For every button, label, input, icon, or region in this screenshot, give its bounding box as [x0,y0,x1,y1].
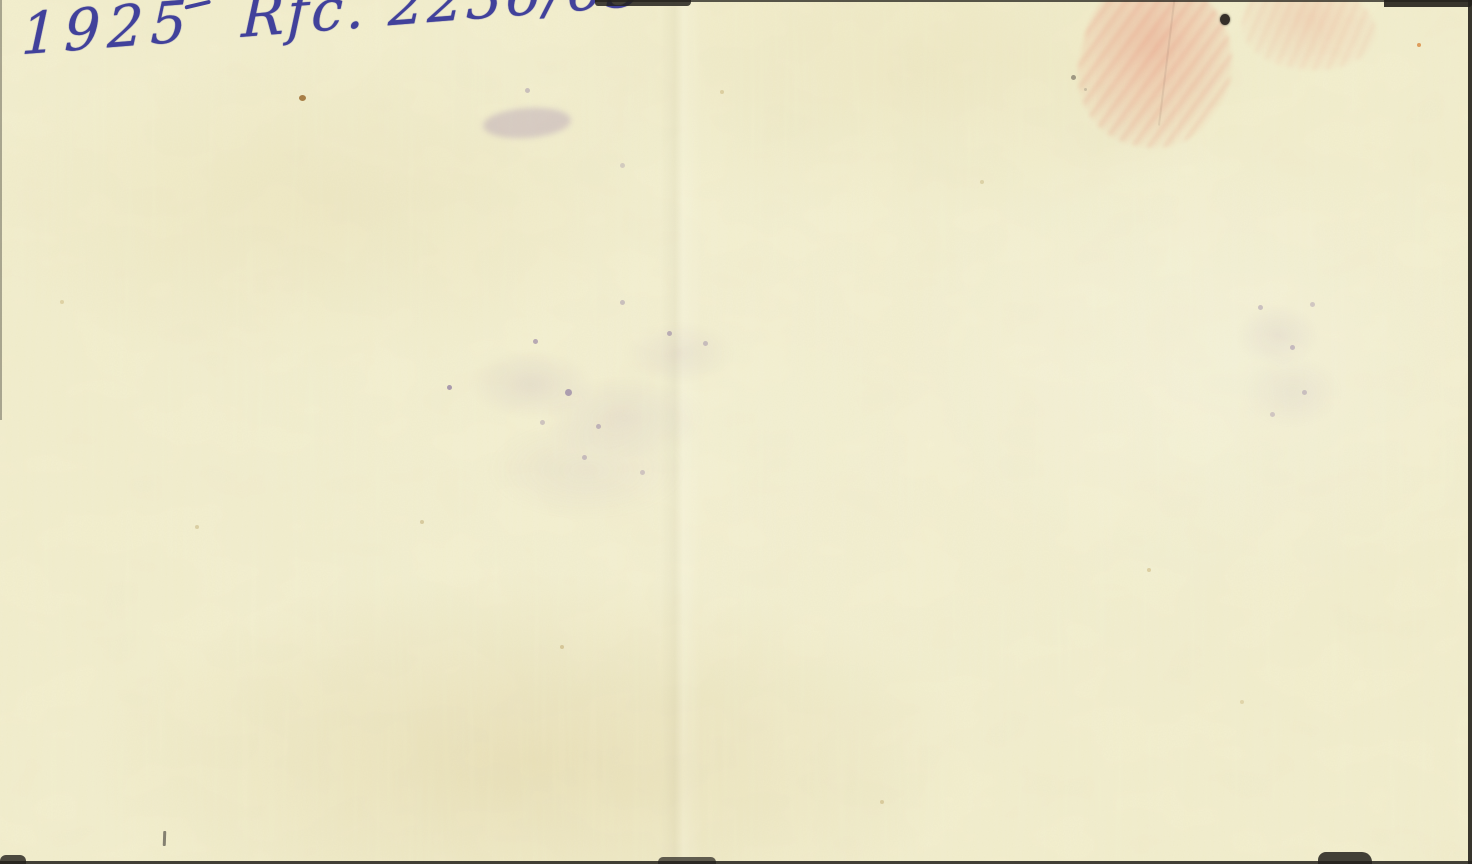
scan-corner-bottom-left [0,855,26,864]
red-crayon-smudge-right [1236,0,1382,80]
scan-edge-right [1468,0,1472,864]
vertical-crease [660,0,702,864]
red-crayon-smudge-left [1062,0,1250,164]
ink-bleedthrough-center [420,275,790,535]
scan-edge-left [0,0,2,420]
diagonal-crease [1158,0,1176,126]
scan-edge-top [595,0,1472,2]
orange-speck [1417,43,1421,47]
gray-speck [1071,75,1076,80]
ink-dot [1220,14,1230,25]
handwritten-inscription: 1925Rfč. 2236/63 [20,0,646,68]
violet-smudge [482,105,572,141]
inscription-reference: Rfč. 2236/63 [241,0,646,51]
paper-specks [560,645,564,649]
brown-speck [299,95,306,101]
scanned-archive-card: 1925Rfč. 2236/63 [0,0,1472,864]
bottom-edge-smudge-right [1318,852,1372,864]
bottom-edge-smudge-center [658,857,716,864]
inscription-year: 1925 [20,0,194,68]
scan-edge-top-blob-left [595,0,691,6]
ink-bleedthrough-right [1210,280,1360,440]
ink-bleedthrough-speckles [447,385,452,390]
bottom-tick-mark [163,831,167,846]
paper-grain-texture [0,0,1472,864]
scan-edge-top-blob-right [1384,0,1472,7]
